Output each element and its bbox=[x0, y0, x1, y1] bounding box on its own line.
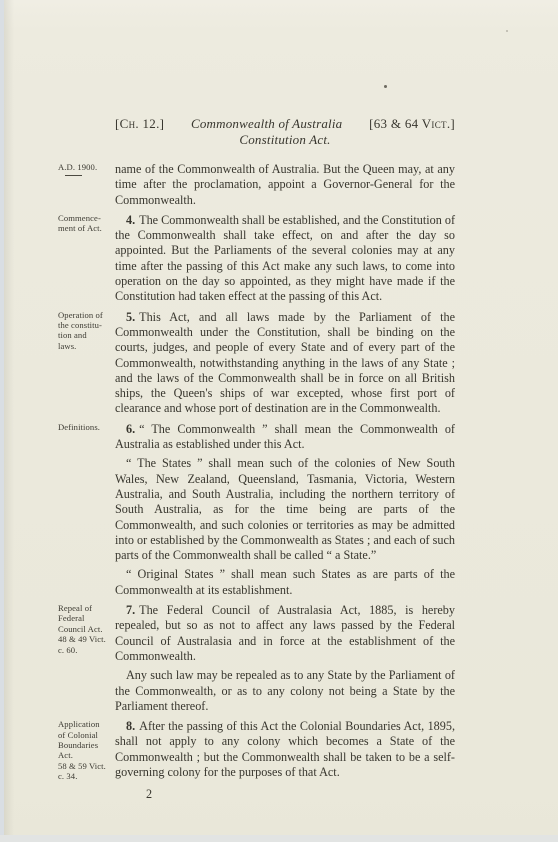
body-column: 7.The Federal Council of Australasia Act… bbox=[115, 603, 455, 714]
section-7-repeal: Repeal of Federal Council Act. 48 & 49 V… bbox=[58, 603, 455, 714]
paragraph-text: The Federal Council of Australasia Act, … bbox=[115, 603, 455, 663]
paragraph: name of the Commonwealth of Australia. B… bbox=[115, 162, 455, 208]
paragraph: 4.The Commonwealth shall be established,… bbox=[115, 213, 455, 305]
margin-column: Operation of the constitu- tion and laws… bbox=[58, 310, 115, 417]
scan-edge-bottom bbox=[0, 835, 558, 842]
paragraph: 7.The Federal Council of Australasia Act… bbox=[115, 603, 455, 664]
section-number: 5. bbox=[126, 310, 135, 324]
margin-note: Definitions. bbox=[58, 422, 110, 432]
scan-edge-shadow bbox=[4, 0, 14, 842]
paragraph-text: After the passing of this Act the Coloni… bbox=[115, 719, 455, 779]
margin-column: Commence- ment of Act. bbox=[58, 213, 115, 305]
margin-column: Definitions. bbox=[58, 422, 115, 598]
margin-note: A.D. 1900. bbox=[58, 162, 110, 172]
running-title-line2: Constitution Act. bbox=[115, 132, 455, 147]
section-ad-1900: A.D. 1900. name of the Commonwealth of A… bbox=[58, 162, 455, 208]
paragraph-text: “ The Commonwealth ” shall mean the Comm… bbox=[115, 422, 455, 451]
paragraph: “ The States ” shall mean such of the co… bbox=[115, 456, 455, 563]
page-content: [Ch. 12.] Commonwealth of Australia [63 … bbox=[58, 116, 455, 802]
margin-note: Commence- ment of Act. bbox=[58, 213, 110, 234]
paper-speck bbox=[384, 85, 387, 88]
section-6-definitions: Definitions. 6.“ The Commonwealth ” shal… bbox=[58, 422, 455, 598]
margin-column: Application of Colonial Boundaries Act. … bbox=[58, 719, 115, 781]
section-number: 6. bbox=[126, 422, 135, 436]
paragraph: 8.After the passing of this Act the Colo… bbox=[115, 719, 455, 780]
paragraph-text: name of the Commonwealth of Australia. B… bbox=[115, 162, 455, 207]
paragraph-text: The Commonwealth shall be established, a… bbox=[115, 213, 455, 303]
chapter-number: [Ch. 12.] bbox=[115, 116, 164, 131]
paragraph-text: Any such law may be repealed as to any S… bbox=[115, 668, 455, 713]
paragraph-text: This Act, and all laws made by the Parli… bbox=[115, 310, 455, 416]
body-column: 6.“ The Commonwealth ” shall mean the Co… bbox=[115, 422, 455, 598]
margin-column: A.D. 1900. bbox=[58, 162, 115, 208]
margin-column: Repeal of Federal Council Act. 48 & 49 V… bbox=[58, 603, 115, 714]
body-column: name of the Commonwealth of Australia. B… bbox=[115, 162, 455, 208]
page-header: [Ch. 12.] Commonwealth of Australia [63 … bbox=[58, 116, 455, 147]
paragraph-text: “ The States ” shall mean such of the co… bbox=[115, 456, 455, 562]
running-title: Commonwealth of Australia bbox=[191, 116, 342, 131]
regnal-year: [63 & 64 Vict.] bbox=[369, 116, 455, 131]
paper-speck bbox=[506, 30, 508, 32]
paragraph: Any such law may be repealed as to any S… bbox=[115, 668, 455, 714]
section-number: 8. bbox=[126, 719, 135, 733]
margin-note: Operation of the constitu- tion and laws… bbox=[58, 310, 110, 352]
section-number: 7. bbox=[126, 603, 135, 617]
paragraph: 6.“ The Commonwealth ” shall mean the Co… bbox=[115, 422, 455, 453]
section-4-commencement: Commence- ment of Act. 4.The Commonwealt… bbox=[58, 213, 455, 305]
header-row: [Ch. 12.] Commonwealth of Australia [63 … bbox=[115, 116, 455, 131]
body-column: 4.The Commonwealth shall be established,… bbox=[115, 213, 455, 305]
scanned-page: [Ch. 12.] Commonwealth of Australia [63 … bbox=[0, 0, 558, 842]
margin-note: Application of Colonial Boundaries Act. … bbox=[58, 719, 110, 781]
margin-note-rule bbox=[65, 175, 82, 176]
page-number: 2 bbox=[146, 787, 455, 802]
body-column: 5.This Act, and all laws made by the Par… bbox=[115, 310, 455, 417]
margin-note: Repeal of Federal Council Act. 48 & 49 V… bbox=[58, 603, 110, 655]
body-column: 8.After the passing of this Act the Colo… bbox=[115, 719, 455, 781]
paragraph: “ Original States ” shall mean such Stat… bbox=[115, 567, 455, 598]
section-5-operation: Operation of the constitu- tion and laws… bbox=[58, 310, 455, 417]
section-8-boundaries: Application of Colonial Boundaries Act. … bbox=[58, 719, 455, 781]
paragraph: 5.This Act, and all laws made by the Par… bbox=[115, 310, 455, 417]
paragraph-text: “ Original States ” shall mean such Stat… bbox=[115, 567, 455, 596]
section-number: 4. bbox=[126, 213, 135, 227]
